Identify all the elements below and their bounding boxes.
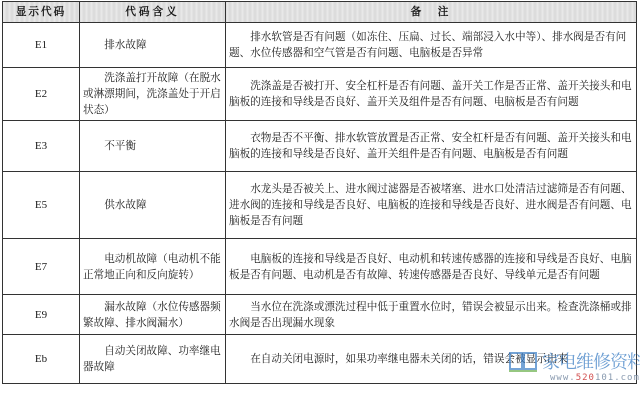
table-row: E5 供水故障 水龙头是否被关上、进水阀过滤器是否被堵塞、进水口处清洁过滤筛是否… (3, 172, 637, 239)
code-meaning: 供水故障 (80, 172, 226, 239)
code-note: 当水位在洗涤或漂洗过程中低于重置水位时，错误会被显示出来。检查洗涤桶或排水阀是否… (226, 295, 637, 335)
header-code-meaning: 代码含义 (80, 2, 226, 23)
code-note: 排水软管是否有问题（如冻住、压扁、过长、端部浸入水中等）、排水阀是否有问题、水位… (226, 23, 637, 68)
error-code: E7 (3, 239, 80, 295)
header-notes: 备 注 (226, 2, 637, 23)
error-code: E5 (3, 172, 80, 239)
code-note: 衣物是否不平衡、排水软管放置是否正常、安全杠杆是否有问题、盖开关接头和电脑板的连… (226, 121, 637, 172)
error-code: E9 (3, 295, 80, 335)
code-meaning: 漏水故障（水位传感器频繁故障、排水阀漏水） (80, 295, 226, 335)
table-header-row: 显示代码 代码含义 备 注 (3, 2, 637, 23)
code-meaning: 洗涤盖打开故障（在脱水或淋漂期间，洗涤盖处于开启状态） (80, 68, 226, 121)
code-meaning: 排水故障 (80, 23, 226, 68)
table-row: E1 排水故障 排水软管是否有问题（如冻住、压扁、过长、端部浸入水中等）、排水阀… (3, 23, 637, 68)
error-code-table: 显示代码 代码含义 备 注 E1 排水故障 排水软管是否有问题（如冻住、压扁、过… (2, 1, 637, 384)
watermark-text: 家电维修资料网 (542, 348, 640, 374)
table-row: E3 不平衡 衣物是否不平衡、排水软管放置是否正常、安全杠杆是否有问题、盖开关接… (3, 121, 637, 172)
code-meaning: 不平衡 (80, 121, 226, 172)
error-code: Eb (3, 335, 80, 384)
header-display-code: 显示代码 (3, 2, 80, 23)
url-prefix: www. (550, 373, 576, 383)
book-icon (508, 350, 538, 372)
error-code: E1 (3, 23, 80, 68)
site-watermark: 家电维修资料网 www.520101.com (508, 350, 640, 393)
url-highlight: 520 (576, 373, 595, 383)
table-row: E2 洗涤盖打开故障（在脱水或淋漂期间，洗涤盖处于开启状态） 洗涤盖是否被打开、… (3, 68, 637, 121)
table-row: E7 电动机故障（电动机不能正常地正向和反向旋转） 电脑板的连接和导线是否良好、… (3, 239, 637, 295)
code-meaning: 电动机故障（电动机不能正常地正向和反向旋转） (80, 239, 226, 295)
watermark-url: www.520101.com (550, 373, 640, 383)
table-row: E9 漏水故障（水位传感器频繁故障、排水阀漏水） 当水位在洗涤或漂洗过程中低于重… (3, 295, 637, 335)
error-code: E3 (3, 121, 80, 172)
url-suffix: 101.com (595, 373, 640, 383)
error-code: E2 (3, 68, 80, 121)
code-note: 水龙头是否被关上、进水阀过滤器是否被堵塞、进水口处清洁过滤筛是否有问题、进水阀的… (226, 172, 637, 239)
code-note: 洗涤盖是否被打开、安全杠杆是否有问题、盖开关工作是否正常、盖开关接头和电脑板的连… (226, 68, 637, 121)
code-note: 电脑板的连接和导线是否良好、电动机和转速传感器的连接和导线是否良好、电脑板是否有… (226, 239, 637, 295)
code-meaning: 自动关闭故障、功率继电器故障 (80, 335, 226, 384)
